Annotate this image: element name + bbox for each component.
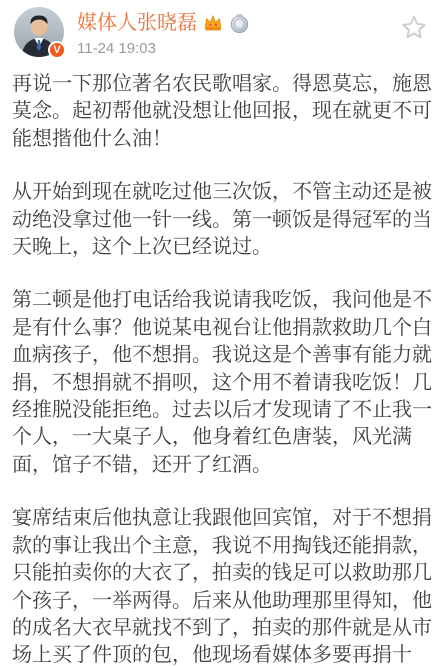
post-paragraph-1: 再说一下那位著名农民歌唱家。得恩莫忘，施恩 莫念。起初帮他就没想让他回报，现在就… <box>12 71 432 153</box>
post-body: 再说一下那位著名农民歌唱家。得恩莫忘，施恩 莫念。起初帮他就没想让他回报，现在就… <box>0 57 444 666</box>
post-header: V 媒体人张晓磊 <box>0 0 444 57</box>
user-avatar[interactable]: V <box>14 7 64 57</box>
post-paragraph-2: 从开始到现在就吃过他三次饭，不管主动还是被 动绝没拿过他一针一线。第一顿饭是得冠… <box>12 179 432 261</box>
post-timestamp: 11-24 19:03 <box>77 40 250 57</box>
username-row: 媒体人张晓磊 <box>77 11 250 35</box>
vip-crown-icon <box>202 12 224 34</box>
medal-icon <box>229 13 250 34</box>
weibo-post-page: V 媒体人张晓磊 <box>0 0 444 666</box>
post-paragraph-3: 第二顿是他打电话给我说请我吃饭，我问他是不 是有什么事？他说某电视台让他捐款救助… <box>12 287 432 479</box>
star-outline-icon <box>399 13 429 43</box>
username[interactable]: 媒体人张晓磊 <box>77 11 197 35</box>
post-paragraph-4: 宴席结束后他执意让我跟他回宾馆，对于不想捐 款的事让我出个主意，我说不用掏钱还能… <box>12 505 432 666</box>
user-info: 媒体人张晓磊 <box>77 7 250 57</box>
verified-v-badge: V <box>48 41 66 59</box>
favorite-star-button[interactable] <box>398 12 430 44</box>
